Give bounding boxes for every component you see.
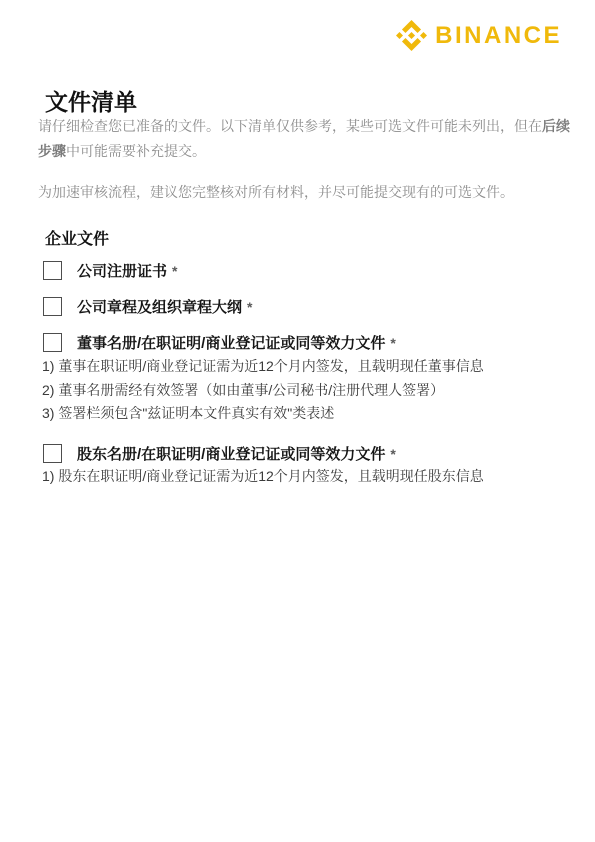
required-asterisk: * (390, 446, 395, 462)
binance-diamond-icon (396, 20, 427, 51)
required-asterisk: * (390, 335, 395, 351)
page-title: 文件清单 (45, 84, 137, 117)
item-label-text: 公司章程及组织章程大纲 (77, 299, 242, 316)
item-label-text: 股东名册/在职证明/商业登记证或同等效力文件 (77, 446, 385, 463)
required-asterisk: * (247, 299, 252, 315)
checkbox[interactable] (43, 297, 62, 316)
checklist-item-register-of-directors: 董事名册/在职证明/商业登记证或同等效力文件* (43, 332, 396, 353)
required-asterisk: * (172, 263, 177, 279)
item-label-text: 公司注册证书 (77, 263, 167, 280)
note-line: 1) 股东在职证明/商业登记证需为近12个月内签发，且载明现任股东信息 (42, 465, 484, 489)
note-line: 3) 签署栏须包含"兹证明本文件真实有效"类表述 (42, 402, 484, 426)
intro-paragraph-2: 为加速审核流程，建议您完整核对所有材料，并尽可能提交现有的可选文件。 (38, 180, 570, 205)
checklist-item-articles-of-association: 公司章程及组织章程大纲* (43, 296, 252, 317)
checklist-item-label: 董事名册/在职证明/商业登记证或同等效力文件* (77, 332, 396, 353)
checklist-item-label: 公司注册证书* (77, 260, 177, 281)
binance-logo: BINANCE (396, 20, 562, 51)
intro-paragraph-1: 请仔细检查您已准备的文件。以下清单仅供参考，某些可选文件可能未列出，但在后续步骤… (38, 114, 570, 164)
checklist-item-label: 公司章程及组织章程大纲* (77, 296, 252, 317)
intro-p1-tail: 中可能需要补充提交。 (66, 143, 206, 159)
binance-wordmark: BINANCE (435, 20, 562, 51)
note-line: 2) 董事名册需经有效签署（如由董事/公司秘书/注册代理人签署） (42, 379, 484, 403)
intro-p1-text: 请仔细检查您已准备的文件。以下清单仅供参考，某些可选文件可能未列出，但在 (38, 118, 542, 134)
checkbox[interactable] (43, 261, 62, 280)
checklist-item-register-of-shareholders: 股东名册/在职证明/商业登记证或同等效力文件* (43, 443, 396, 464)
item-label-text: 董事名册/在职证明/商业登记证或同等效力文件 (77, 335, 385, 352)
checkbox[interactable] (43, 333, 62, 352)
checklist-item-notes-shareholders: 1) 股东在职证明/商业登记证需为近12个月内签发，且载明现任股东信息 (42, 465, 484, 489)
section-heading-corporate-documents: 企业文件 (45, 226, 109, 249)
checklist-item-notes-directors: 1) 董事在职证明/商业登记证需为近12个月内签发，且载明现任董事信息 2) 董… (42, 355, 484, 426)
document-page: BINANCE 文件清单 请仔细检查您已准备的文件。以下清单仅供参考，某些可选文… (0, 0, 595, 842)
note-line: 1) 董事在职证明/商业登记证需为近12个月内签发，且载明现任董事信息 (42, 355, 484, 379)
checklist-item-label: 股东名册/在职证明/商业登记证或同等效力文件* (77, 443, 396, 464)
checklist-item-registration-certificate: 公司注册证书* (43, 260, 177, 281)
checkbox[interactable] (43, 444, 62, 463)
